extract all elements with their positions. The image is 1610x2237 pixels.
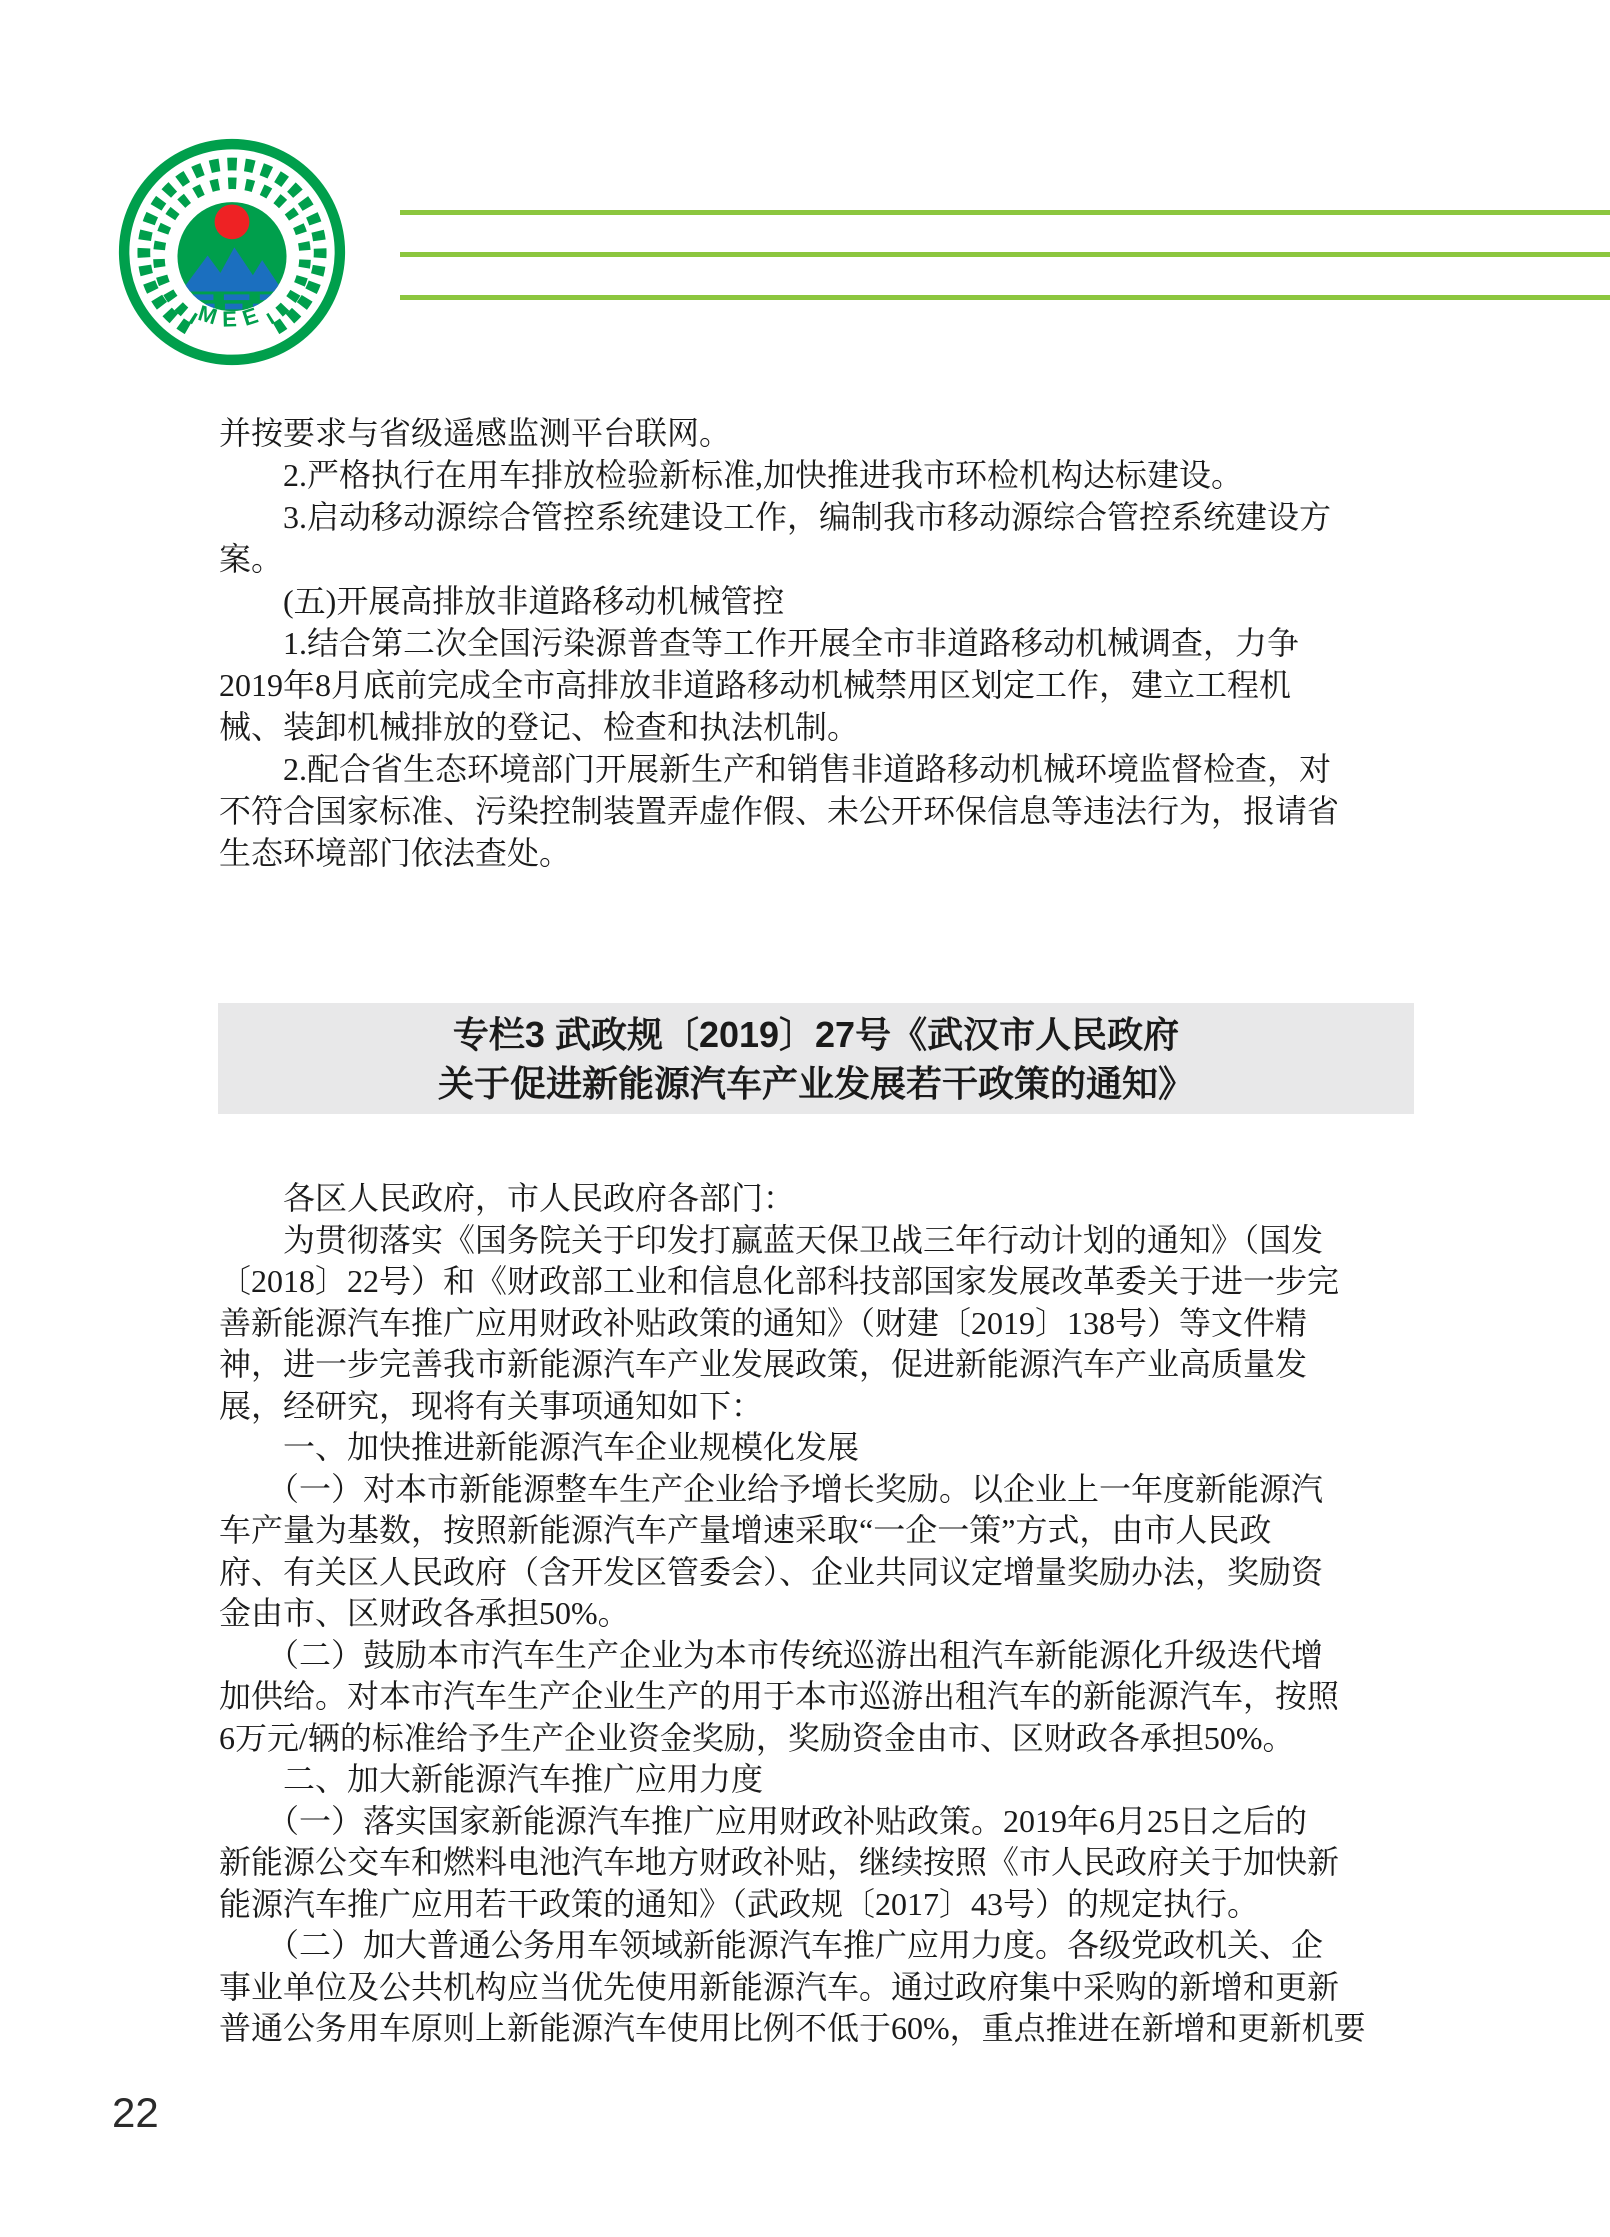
body-line: 不符合国家标准、污染控制装置弄虚作假、未公开环保信息等违法行为，报请省 — [219, 790, 1459, 832]
body-line: 新能源公交车和燃料电池汽车地方财政补贴，继续按照《市人民政府关于加快新 — [219, 1842, 1459, 1884]
body-line: 能源汽车推广应用若干政策的通知》（武政规〔2017〕43号）的规定执行。 — [219, 1884, 1459, 1926]
body-line: 各区人民政府，市人民政府各部门： — [219, 1178, 1459, 1220]
body-line: 府、有关区人民政府（含开发区管委会）、企业共同议定增量奖励办法，奖励资 — [219, 1552, 1459, 1594]
body-line: 械、装卸机械排放的登记、检查和执法机制。 — [219, 706, 1459, 748]
body-line: (五)开展高排放非道路移动机械管控 — [219, 580, 1459, 622]
body-line: （一）对本市新能源整车生产企业给予增长奖励。以企业上一年度新能源汽 — [219, 1469, 1459, 1511]
body-line: 展，经研究，现将有关事项通知如下： — [219, 1386, 1459, 1428]
body-line: 6万元/辆的标准给予生产企业资金奖励，奖励资金由市、区财政各承担50%。 — [219, 1718, 1459, 1760]
body-line: 2.配合省生态环境部门开展新生产和销售非道路移动机械环境监督检查，对 — [219, 748, 1459, 790]
body-line: 二、加大新能源汽车推广应用力度 — [219, 1759, 1459, 1801]
body-line: 生态环境部门依法查处。 — [219, 832, 1459, 874]
header-rule-middle — [400, 252, 1610, 257]
body-line: 一、加快推进新能源汽车企业规模化发展 — [219, 1427, 1459, 1469]
body-line: （一）落实国家新能源汽车推广应用财政补贴政策。2019年6月25日之后的 — [219, 1801, 1459, 1843]
body-line: 并按要求与省级遥感监测平台联网。 — [219, 412, 1459, 454]
body-line: 为贯彻落实《国务院关于印发打赢蓝天保卫战三年行动计划的通知》（国发 — [219, 1220, 1459, 1262]
feature-box-title-line-1: 专栏3 武政规〔2019〕27号《武汉市人民政府 — [453, 1010, 1179, 1059]
body-line: 神，进一步完善我市新能源汽车产业发展政策，促进新能源汽车产业高质量发 — [219, 1344, 1459, 1386]
feature-box-title-line-2: 关于促进新能源汽车产业发展若干政策的通知》 — [438, 1059, 1194, 1108]
body-line: 金由市、区财政各承担50%。 — [219, 1593, 1459, 1635]
body-line: （二）加大普通公务用车领域新能源汽车推广应用力度。各级党政机关、企 — [219, 1925, 1459, 1967]
body-line: 善新能源汽车推广应用财政补贴政策的通知》（财建〔2019〕138号）等文件精 — [219, 1303, 1459, 1345]
mee-logo-graphic: MEE — [116, 133, 348, 371]
page-number: 22 — [112, 2092, 159, 2134]
header-rule-top — [400, 210, 1610, 215]
body-section-2: 各区人民政府，市人民政府各部门： 为贯彻落实《国务院关于印发打赢蓝天保卫战三年行… — [219, 1178, 1459, 2050]
body-line: 3.启动移动源综合管控系统建设工作，编制我市移动源综合管控系统建设方 — [219, 496, 1459, 538]
sun-icon — [215, 204, 250, 239]
header-rule-bottom — [400, 295, 1610, 300]
body-line: 〔2018〕22号）和《财政部工业和信息化部科技部国家发展改革委关于进一步完 — [219, 1261, 1459, 1303]
mee-logo: MEE — [116, 133, 348, 371]
body-line: 事业单位及公共机构应当优先使用新能源汽车。通过政府集中采购的新增和更新 — [219, 1967, 1459, 2009]
body-line: 1.结合第二次全国污染源普查等工作开展全市非道路移动机械调查，力争 — [219, 622, 1459, 664]
body-line: 普通公务用车原则上新能源汽车使用比例不低于60%，重点推进在新增和更新机要 — [219, 2008, 1459, 2050]
body-line: （二）鼓励本市汽车生产企业为本市传统巡游出租汽车新能源化升级迭代增 — [219, 1635, 1459, 1677]
feature-box-column-3: 专栏3 武政规〔2019〕27号《武汉市人民政府 关于促进新能源汽车产业发展若干… — [218, 1003, 1414, 1114]
body-line: 车产量为基数，按照新能源汽车产量增速采取“一企一策”方式，由市人民政 — [219, 1510, 1459, 1552]
body-section-1: 并按要求与省级遥感监测平台联网。 2.严格执行在用车排放检验新标准,加快推进我市… — [219, 412, 1459, 874]
document-page: MEE 并按要求与省级遥感监测平台联网。 2.严格执行在用车排放检验新标准,加快… — [0, 0, 1610, 2237]
body-line: 加供给。对本市汽车生产企业生产的用于本市巡游出租汽车的新能源汽车，按照 — [219, 1676, 1459, 1718]
body-line: 2019年8月底前完成全市高排放非道路移动机械禁用区划定工作，建立工程机 — [219, 664, 1459, 706]
body-line: 案。 — [219, 538, 1459, 580]
body-line: 2.严格执行在用车排放检验新标准,加快推进我市环检机构达标建设。 — [219, 454, 1459, 496]
